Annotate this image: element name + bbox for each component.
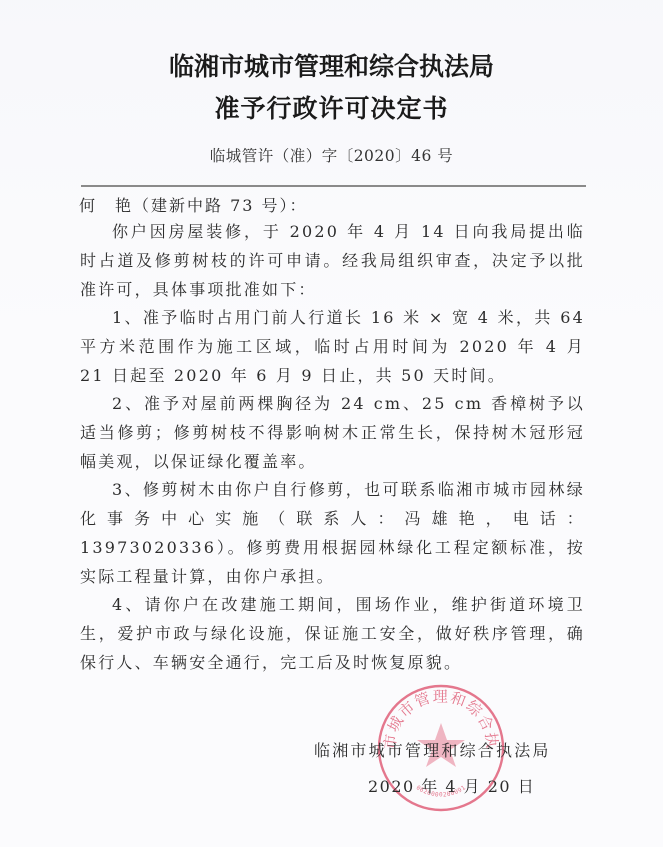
approval-item-text: 3、修剪树木由你户自行修剪，也可联系临湘市城市园林绿化事务中心实施（联系人：冯雄… bbox=[80, 475, 585, 591]
signature-date: 2020 年 4 月 20 日 bbox=[368, 774, 535, 797]
approval-item-3: 3、修剪树木由你户自行修剪，也可联系临湘市城市园林绿化事务中心实施（联系人：冯雄… bbox=[80, 475, 585, 591]
approval-item-text: 2、准予对屋前两棵胸径为 24 cm、25 cm 香樟树予以适当修剪；修剪树枝不… bbox=[80, 389, 585, 476]
approval-item-text: 1、准予临时占用门前人行道长 16 米 × 宽 4 米，共 64 平方米范围作为… bbox=[80, 303, 585, 390]
addressee: 何 艳（建新中路 73 号）： bbox=[79, 193, 308, 216]
document-page: 临湘市城市管理和综合执法局 准予行政许可决定书 临城管许（准）字〔2020〕46… bbox=[0, 0, 663, 847]
intro-paragraph: 你户因房屋装修，于 2020 年 4 月 14 日向我局提出临时占道及修剪树枝的… bbox=[80, 217, 585, 304]
intro-text: 你户因房屋装修，于 2020 年 4 月 14 日向我局提出临时占道及修剪树枝的… bbox=[80, 217, 585, 304]
signature-organization: 临湘市城市管理和综合执法局 bbox=[314, 738, 551, 761]
document-type-title: 准予行政许可决定书 bbox=[0, 89, 663, 125]
approval-item-text: 4、请你户在改建施工期间，围场作业，维护街道环境卫生，爱护市政与绿化设施，保证施… bbox=[80, 590, 585, 677]
header-divider bbox=[81, 185, 586, 187]
approval-item-1: 1、准予临时占用门前人行道长 16 米 × 宽 4 米，共 64 平方米范围作为… bbox=[80, 303, 585, 390]
issuing-authority-title: 临湘市城市管理和综合执法局 bbox=[0, 47, 663, 83]
approval-item-2: 2、准予对屋前两棵胸径为 24 cm、25 cm 香樟树予以适当修剪；修剪树枝不… bbox=[80, 389, 585, 476]
approval-item-4: 4、请你户在改建施工期间，围场作业，维护街道环境卫生，爱护市政与绿化设施，保证施… bbox=[80, 590, 585, 677]
document-number: 临城管许（准）字〔2020〕46 号 bbox=[0, 144, 663, 166]
